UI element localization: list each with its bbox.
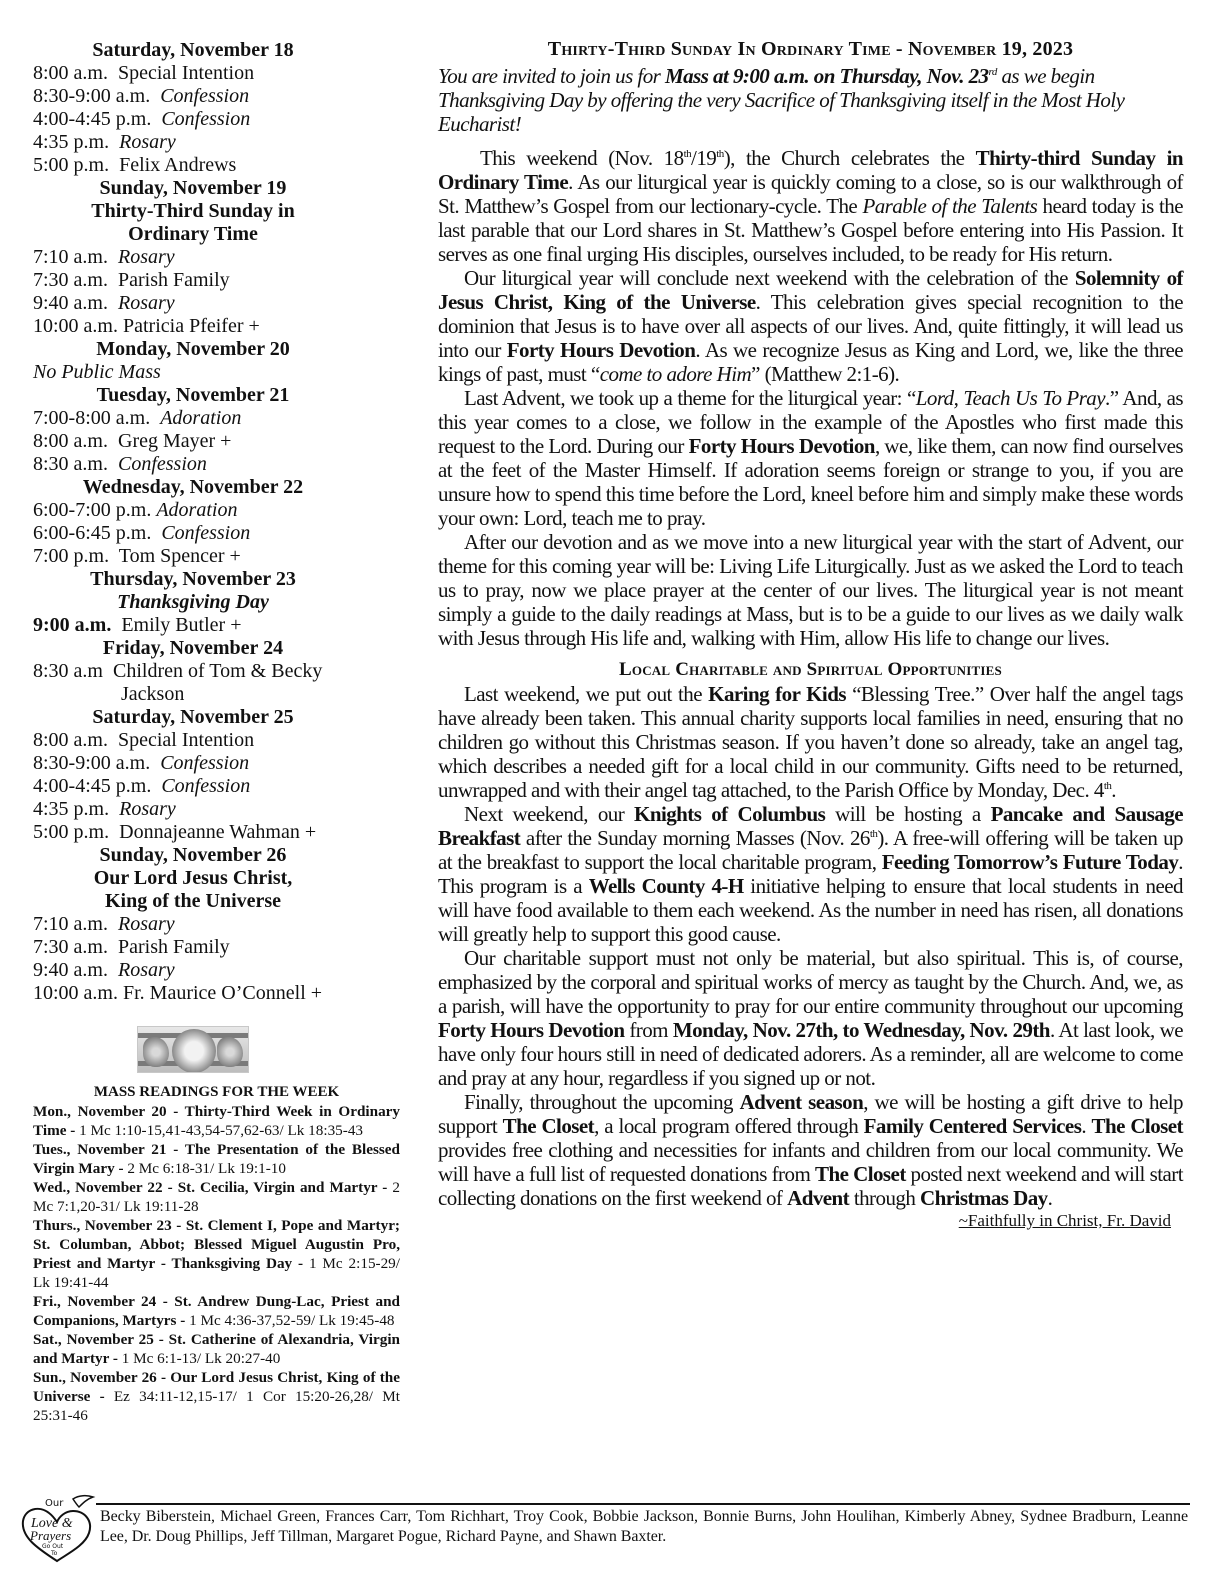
day-heading: Saturday, November 18	[33, 39, 353, 62]
schedule-entry: 9:40 a.m. Rosary	[33, 292, 400, 315]
reading-item: Tues., November 21 - The Presentation of…	[33, 1140, 400, 1178]
paragraph: Finally, throughout the upcoming Advent …	[438, 1090, 1183, 1210]
day-heading: Tuesday, November 21	[33, 384, 353, 407]
day-heading: Thursday, November 23	[33, 568, 353, 591]
schedule-entry: 9:40 a.m. Rosary	[33, 959, 400, 982]
day-subheading: Thirty-Third Sunday in	[33, 200, 353, 223]
schedule-entry: 10:00 a.m. Fr. Maurice O’Connell +	[33, 982, 400, 1005]
reading-item: Sun., November 26 - Our Lord Jesus Chris…	[33, 1368, 400, 1425]
thanksgiving-invitation: You are invited to join us for Mass at 9…	[438, 64, 1183, 136]
day-heading: Friday, November 24	[33, 637, 353, 660]
schedule-entry: 5:00 p.m. Felix Andrews	[33, 154, 400, 177]
section-title: Local Charitable and Spiritual Opportuni…	[438, 658, 1183, 682]
heart-dove-icon: Our Love & Prayers Go Out To	[17, 1493, 97, 1565]
angels-chalice-illustration-icon	[137, 1026, 249, 1073]
schedule-entry: 4:35 p.m. Rosary	[33, 798, 400, 821]
mass-schedule: Saturday, November 18 8:00 a.m. Special …	[33, 39, 400, 1425]
schedule-entry: 7:30 a.m. Parish Family	[33, 936, 400, 959]
day-heading: Saturday, November 25	[33, 706, 353, 729]
reading-item: Thurs., November 23 - St. Clement I, Pop…	[33, 1216, 400, 1292]
day-subheading: Our Lord Jesus Christ,	[33, 867, 353, 890]
schedule-entry: 9:00 a.m. Emily Butler +	[33, 614, 400, 637]
schedule-entry: 8:30 a.m Children of Tom & BeckyJackson	[33, 660, 400, 706]
reading-item: Wed., November 22 - St. Cecilia, Virgin …	[33, 1178, 400, 1216]
reading-item: Sat., November 25 - St. Catherine of Ale…	[33, 1330, 400, 1368]
schedule-entry: 7:30 a.m. Parish Family	[33, 269, 400, 292]
svg-text:Go Out: Go Out	[42, 1543, 64, 1550]
schedule-entry: 8:30-9:00 a.m. Confession	[33, 85, 400, 108]
schedule-entry: 5:00 p.m. Donnajeanne Wahman +	[33, 821, 400, 844]
prayer-list-names: Becky Biberstein, Michael Green, Frances…	[100, 1507, 1188, 1547]
day-subheading: Thanksgiving Day	[33, 591, 353, 614]
page-title: Thirty-Third Sunday In Ordinary Time - N…	[438, 36, 1183, 62]
svg-text:Prayers: Prayers	[29, 1528, 71, 1543]
schedule-entry: 6:00-7:00 p.m. Adoration	[33, 499, 400, 522]
signature: ~Faithfully in Christ, Fr. David	[438, 1211, 1183, 1231]
schedule-entry: 7:10 a.m. Rosary	[33, 913, 400, 936]
schedule-entry: 7:00 p.m. Tom Spencer +	[33, 545, 400, 568]
schedule-entry: 4:00-4:45 p.m. Confession	[33, 775, 400, 798]
paragraph: Last weekend, we put out the Karing for …	[438, 682, 1183, 802]
schedule-entry: 10:00 a.m. Patricia Pfeifer +	[33, 315, 400, 338]
schedule-entry: 7:10 a.m. Rosary	[33, 246, 400, 269]
day-heading: Wednesday, November 22	[33, 476, 353, 499]
divider	[96, 1503, 1190, 1505]
schedule-entry: 8:00 a.m. Special Intention	[33, 62, 400, 85]
svg-text:To: To	[50, 1550, 58, 1557]
schedule-entry: 8:30-9:00 a.m. Confession	[33, 752, 400, 775]
reading-item: Mon., November 20 - Thirty-Third Week in…	[33, 1102, 400, 1140]
schedule-entry: 4:00-4:45 p.m. Confession	[33, 108, 400, 131]
paragraph: Last Advent, we took up a theme for the …	[438, 386, 1183, 530]
readings-title: MASS READINGS FOR THE WEEK	[33, 1083, 400, 1102]
schedule-entry: 6:00-6:45 p.m. Confession	[33, 522, 400, 545]
schedule-entry: No Public Mass	[33, 361, 400, 384]
reading-item: Fri., November 24 - St. Andrew Dung-Lac,…	[33, 1292, 400, 1330]
schedule-entry: 8:00 a.m. Special Intention	[33, 729, 400, 752]
pastor-letter: Thirty-Third Sunday In Ordinary Time - N…	[438, 36, 1183, 1231]
paragraph: After our devotion and as we move into a…	[438, 530, 1183, 650]
day-heading: Sunday, November 26	[33, 844, 353, 867]
schedule-entry: 8:00 a.m. Greg Mayer +	[33, 430, 400, 453]
svg-text:Our: Our	[45, 1498, 64, 1509]
day-heading: Sunday, November 19	[33, 177, 353, 200]
day-subheading: Ordinary Time	[33, 223, 353, 246]
day-heading: Monday, November 20	[33, 338, 353, 361]
paragraph: Our liturgical year will conclude next w…	[438, 266, 1183, 386]
schedule-entry: 8:30 a.m. Confession	[33, 453, 400, 476]
paragraph: This weekend (Nov. 18th/19th), the Churc…	[438, 146, 1183, 266]
schedule-entry: 7:00-8:00 a.m. Adoration	[33, 407, 400, 430]
day-subheading: King of the Universe	[33, 890, 353, 913]
schedule-entry: 4:35 p.m. Rosary	[33, 131, 400, 154]
paragraph: Our charitable support must not only be …	[438, 946, 1183, 1090]
paragraph: Next weekend, our Knights of Columbus wi…	[438, 802, 1183, 946]
